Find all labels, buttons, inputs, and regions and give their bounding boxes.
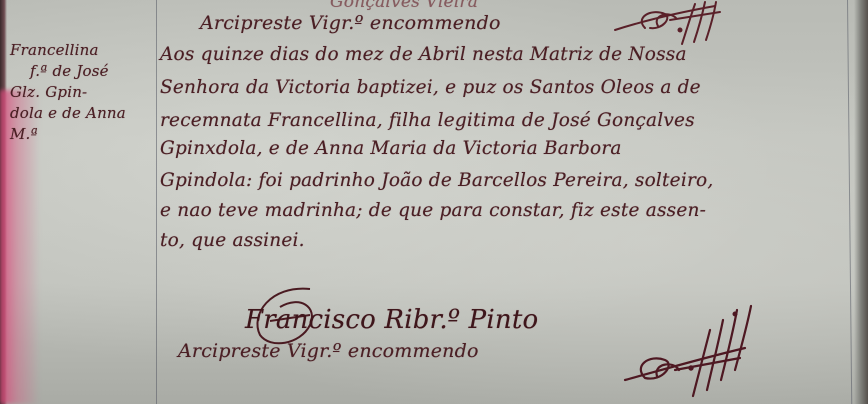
record-line: to, que assinei. bbox=[160, 230, 305, 251]
signature-title: Arcipreste Vigr.º encommendo bbox=[178, 340, 479, 362]
record-line: recemnata Francellina, filha legitima de… bbox=[160, 110, 695, 131]
rubric-flourish-bottom-icon bbox=[615, 300, 765, 400]
previous-entry-fragment: Gonçalves Vieira bbox=[330, 0, 478, 12]
header-title: Arcipreste Vigr.º encommendo bbox=[200, 12, 501, 34]
margin-note: Francellina f.ª de José Glz. Gpin- dola … bbox=[10, 40, 150, 145]
margin-note-line: M.ª bbox=[10, 124, 150, 145]
priest-signature: Francisco Ribr.º Pinto bbox=[245, 305, 538, 335]
record-line: Senhora da Victoria baptizei, e puz os S… bbox=[160, 77, 701, 98]
margin-note-line: Glz. Gpin- bbox=[10, 82, 150, 103]
record-line: Gpindola: foi padrinho João de Barcellos… bbox=[160, 170, 713, 191]
margin-note-line: dola e de Anna bbox=[10, 103, 150, 124]
record-line: Gpinxdola, e de Anna Maria da Victoria B… bbox=[160, 138, 622, 159]
rubric-flourish-top-icon bbox=[610, 0, 740, 48]
margin-note-line: Francellina bbox=[10, 40, 150, 61]
page-right-edge bbox=[854, 0, 868, 404]
manuscript-page: Francellina f.ª de José Glz. Gpin- dola … bbox=[0, 0, 868, 404]
margin-rule-right bbox=[847, 0, 852, 404]
record-line: Aos quinze dias do mez de Abril nesta Ma… bbox=[160, 44, 687, 65]
record-line: e nao teve madrinha; de que para constar… bbox=[160, 200, 706, 221]
margin-note-line: f.ª de José bbox=[30, 61, 170, 82]
